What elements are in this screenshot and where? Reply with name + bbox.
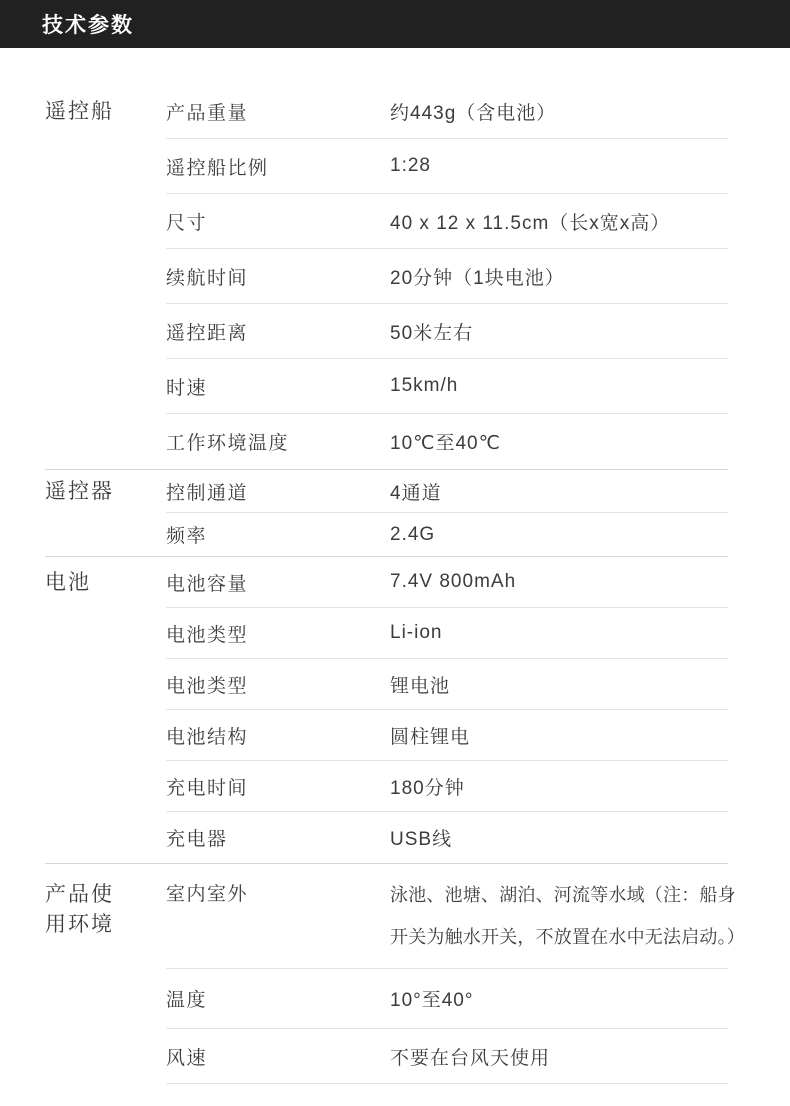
spec-param-name: 尺寸	[166, 208, 390, 235]
spec-row: 室内室外泳池、池塘、湖泊、河流等水域（注：船身 开关为触水开关，不放置在水中无法…	[166, 864, 728, 969]
spec-param-value: 不要在台风天使用	[390, 1043, 742, 1070]
spec-param-name: 充电器	[166, 824, 390, 851]
spec-param-value: 约443g（含电池）	[390, 98, 742, 125]
spec-table: 遥控船产品重量约443g（含电池）遥控船比例1:28尺寸40 x 12 x 11…	[45, 84, 728, 1084]
spec-section: 遥控船产品重量约443g（含电池）遥控船比例1:28尺寸40 x 12 x 11…	[45, 84, 728, 469]
spec-row: 时速15km/h	[166, 359, 728, 414]
spec-param-value: 圆柱锂电	[390, 722, 742, 749]
spec-param-name: 控制通道	[166, 478, 390, 505]
spec-param-value: 4通道	[390, 478, 742, 505]
section-rows: 控制通道4通道频率2.4G	[166, 470, 728, 556]
category-label: 产品使用环境	[45, 864, 166, 1084]
spec-param-name: 充电时间	[166, 773, 390, 800]
spec-param-name: 室内室外	[166, 874, 390, 916]
spec-param-value: USB线	[390, 824, 742, 851]
spec-param-name: 温度	[166, 985, 390, 1012]
spec-param-value: 20分钟（1块电池）	[390, 263, 742, 290]
spec-param-value: 2.4G	[390, 524, 742, 546]
spec-param-name: 电池结构	[166, 722, 390, 749]
page-title: 技术参数	[42, 9, 134, 39]
spec-row: 风速不要在台风天使用	[166, 1029, 728, 1084]
spec-param-name: 遥控距离	[166, 318, 390, 345]
spec-param-name: 风速	[166, 1043, 390, 1070]
spec-row: 遥控船比例1:28	[166, 139, 728, 194]
spec-param-value: 1:28	[390, 155, 742, 177]
section-rows: 室内室外泳池、池塘、湖泊、河流等水域（注：船身 开关为触水开关，不放置在水中无法…	[166, 864, 728, 1084]
spec-param-value: 锂电池	[390, 671, 742, 698]
spec-param-value: Li-ion	[390, 622, 742, 644]
spec-row: 充电时间180分钟	[166, 761, 728, 812]
spec-param-value: 泳池、池塘、湖泊、河流等水域（注：船身 开关为触水开关，不放置在水中无法启动。）	[390, 874, 742, 958]
spec-row: 工作环境温度10℃至40℃	[166, 414, 728, 469]
spec-row: 电池结构圆柱锂电	[166, 710, 728, 761]
spec-row: 电池类型Li-ion	[166, 608, 728, 659]
spec-param-name: 续航时间	[166, 263, 390, 290]
spec-section: 遥控器控制通道4通道频率2.4G	[45, 469, 728, 556]
spec-row: 控制通道4通道	[166, 470, 728, 513]
spec-param-name: 时速	[166, 373, 390, 400]
spec-param-name: 电池类型	[166, 671, 390, 698]
spec-param-name: 电池容量	[166, 569, 390, 596]
spec-param-value: 180分钟	[390, 773, 742, 800]
spec-row: 电池容量7.4V 800mAh	[166, 557, 728, 608]
spec-row: 频率2.4G	[166, 513, 728, 556]
spec-row: 尺寸40 x 12 x 11.5cm（长x宽x高）	[166, 194, 728, 249]
section-rows: 电池容量7.4V 800mAh电池类型Li-ion电池类型锂电池电池结构圆柱锂电…	[166, 557, 728, 863]
spec-param-value: 7.4V 800mAh	[390, 571, 742, 593]
spec-param-name: 频率	[166, 521, 390, 548]
spec-param-name: 产品重量	[166, 98, 390, 125]
spec-row: 遥控距离50米左右	[166, 304, 728, 359]
spec-param-value: 10°至40°	[390, 985, 742, 1012]
spec-param-name: 电池类型	[166, 620, 390, 647]
spec-row: 产品重量约443g（含电池）	[166, 84, 728, 139]
spec-param-name: 工作环境温度	[166, 428, 390, 455]
spec-param-name: 遥控船比例	[166, 153, 390, 180]
spec-param-value: 15km/h	[390, 375, 742, 397]
spec-section: 产品使用环境室内室外泳池、池塘、湖泊、河流等水域（注：船身 开关为触水开关，不放…	[45, 863, 728, 1084]
spec-row: 温度10°至40°	[166, 969, 728, 1029]
spec-section: 电池电池容量7.4V 800mAh电池类型Li-ion电池类型锂电池电池结构圆柱…	[45, 556, 728, 863]
spec-row: 电池类型锂电池	[166, 659, 728, 710]
section-header-bar: 技术参数	[0, 0, 790, 48]
spec-param-value: 40 x 12 x 11.5cm（长x宽x高）	[390, 208, 742, 235]
category-label: 遥控船	[45, 84, 166, 139]
spec-row: 充电器USB线	[166, 812, 728, 863]
section-rows: 产品重量约443g（含电池）遥控船比例1:28尺寸40 x 12 x 11.5c…	[166, 84, 728, 469]
category-label: 电池	[45, 557, 166, 608]
spec-row: 续航时间20分钟（1块电池）	[166, 249, 728, 304]
category-label: 遥控器	[45, 470, 166, 513]
spec-param-value: 50米左右	[390, 318, 742, 345]
spec-param-value: 10℃至40℃	[390, 428, 742, 455]
